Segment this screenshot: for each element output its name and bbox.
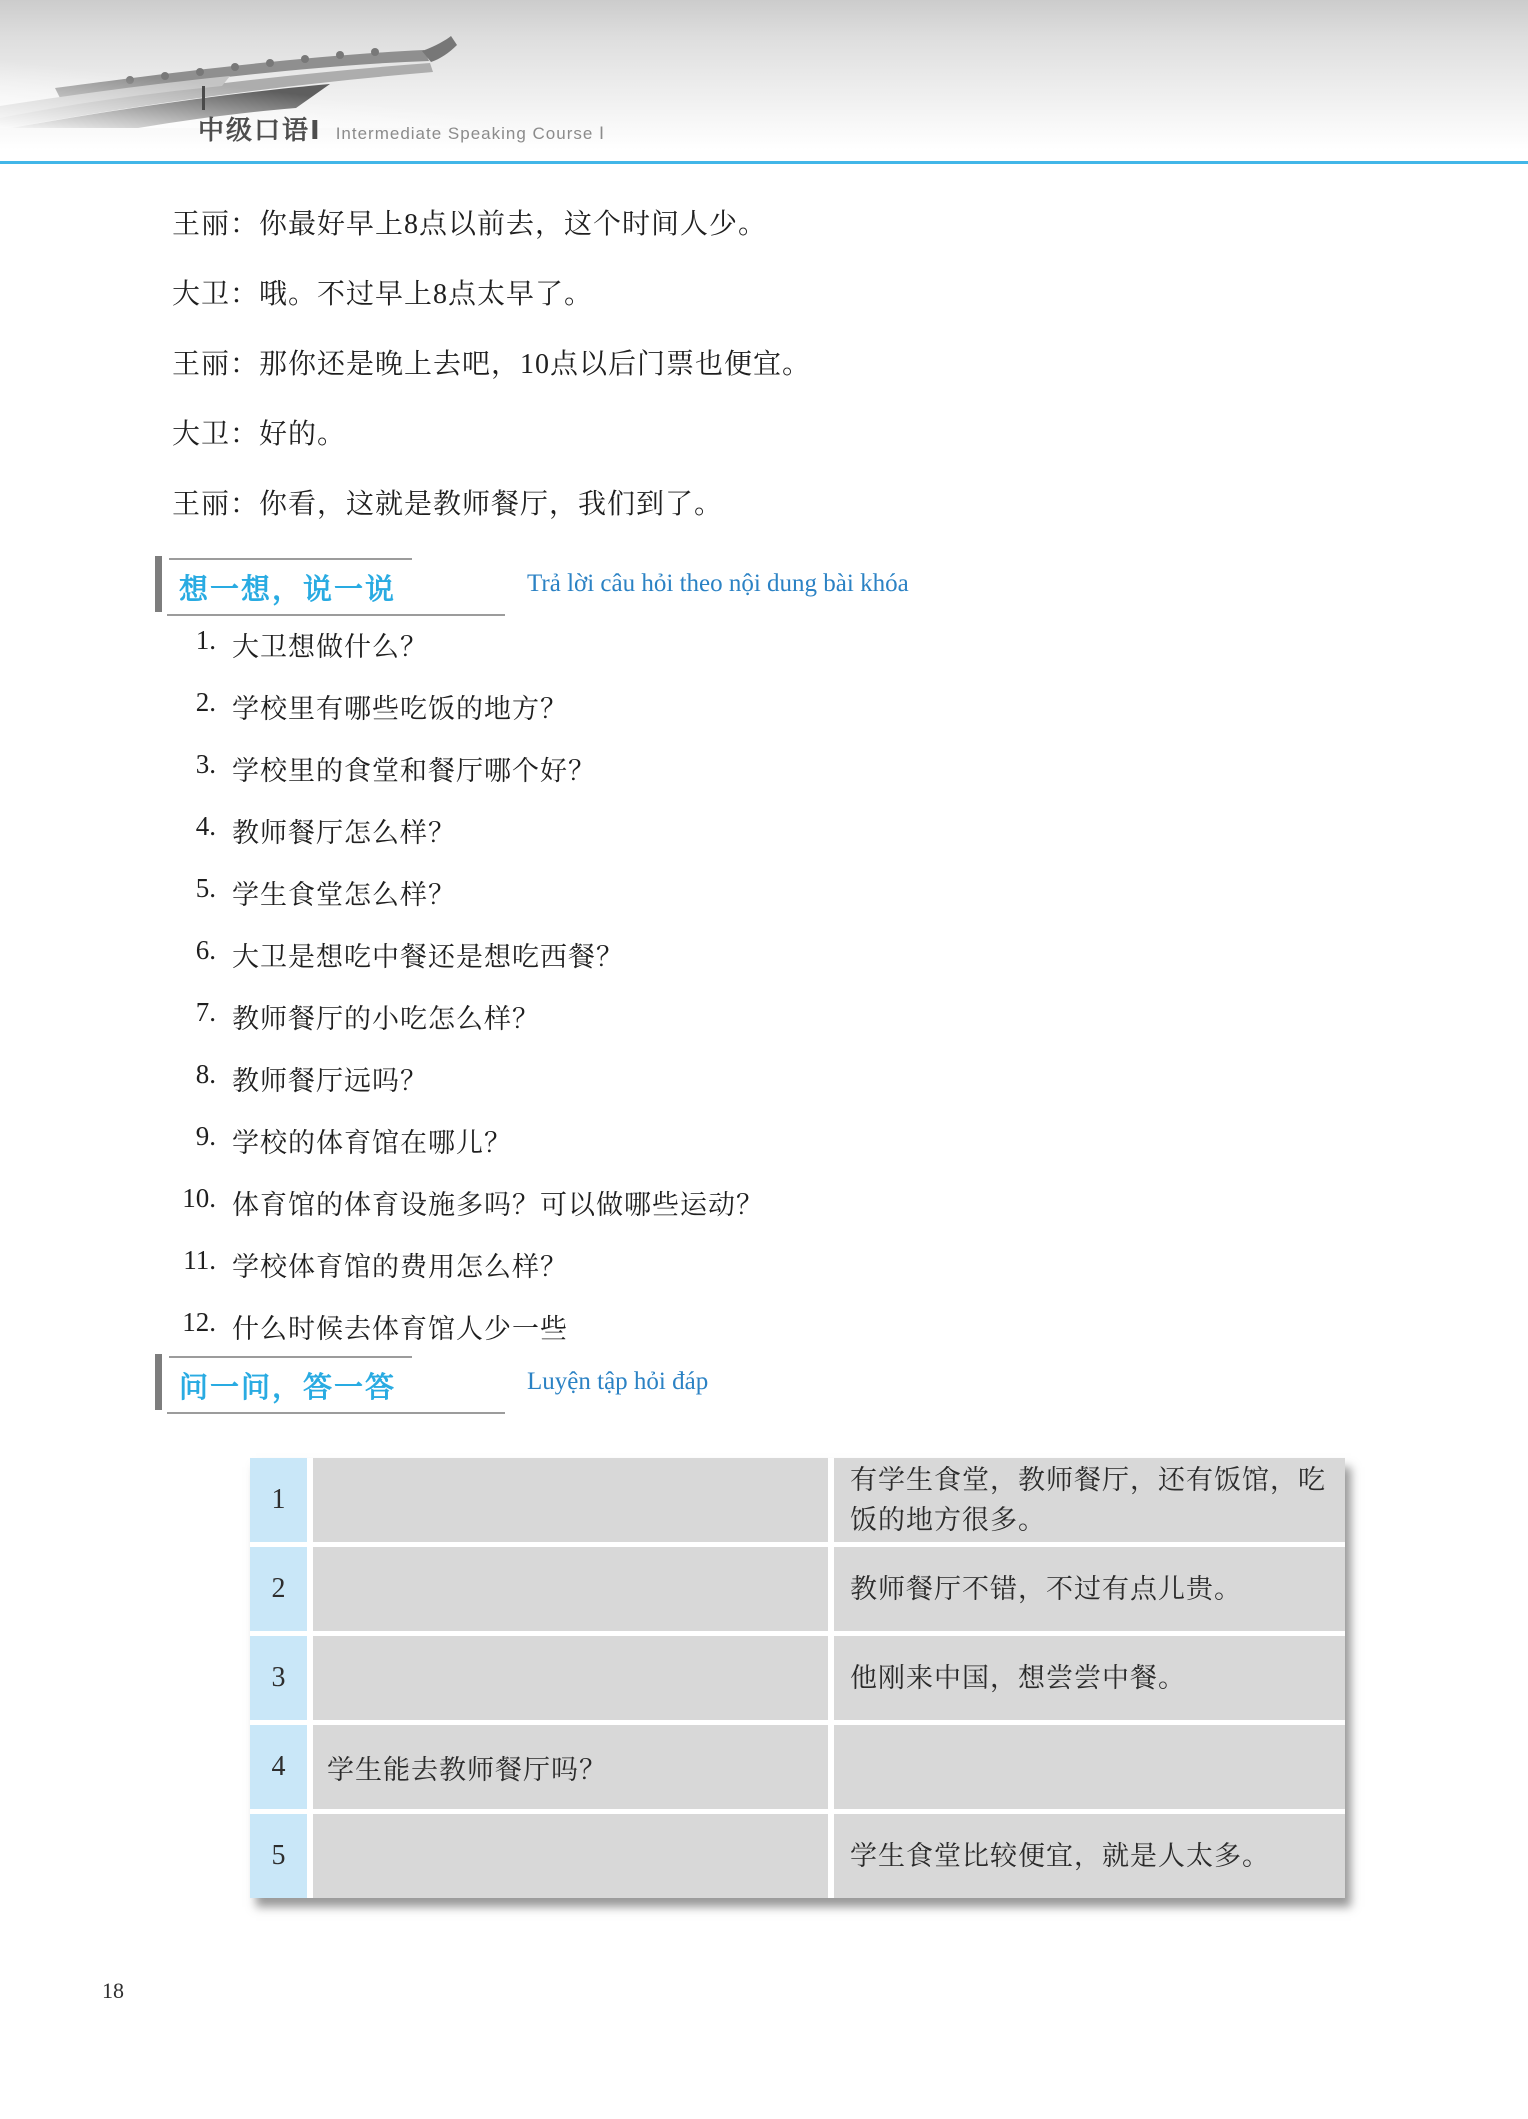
row-number-cell: 2 [250,1547,307,1631]
question-cell: 学生能去教师餐厅吗？ [313,1725,828,1809]
list-item-text: 体育馆的体育设施多吗？可以做哪些运动？ [232,1183,764,1222]
dialogue-line: 王丽：你看，这就是教师餐厅，我们到了。 [172,482,1382,522]
list-item-number: 1. [150,625,216,656]
row-number-cell: 4 [250,1725,307,1809]
heading-bar [155,556,162,612]
dialogue-line: 王丽：那你还是晚上去吧，10点以后门票也便宜。 [172,342,1382,382]
list-item: 3.学校里的食堂和餐厅哪个好？ [0,749,1300,789]
section-subtitle-vietnamese: Trả lời câu hỏi theo nội dung bài khóa [527,570,909,598]
list-item-number: 6. [150,935,216,966]
dialogue-line: 大卫：好的。 [172,412,1382,452]
table-row: 5 学生食堂比较便宜，就是人太多。 [250,1814,1345,1898]
list-item: 5.学生食堂怎么样？ [0,873,1300,913]
table-row: 4 学生能去教师餐厅吗？ [250,1725,1345,1809]
list-item: 8.教师餐厅远吗？ [0,1059,1300,1099]
page-number: 18 [102,1978,124,2004]
heading-box: 问一问，答一答 [169,1356,412,1412]
section-heading-think-and-speak: 想一想，说一说 Trả lời câu hỏi theo nội dung bà… [155,554,1055,616]
dialogue-line: 王丽：你最好早上8点以前去，这个时间人少。 [172,202,1382,242]
book-title-english: Intermediate Speaking Course Ⅰ [336,124,605,143]
section-title-chinese: 想一想，说一说 [179,574,396,606]
list-item-number: 4. [150,811,216,842]
qa-table: 1 有学生食堂，教师餐厅，还有饭馆，吃饭的地方很多。 2 教师餐厅不错，不过有点… [250,1458,1345,1898]
dialogue-line: 大卫：哦。不过早上8点太早了。 [172,272,1382,312]
list-item-text: 学生食堂怎么样？ [232,873,456,912]
list-item: 10.体育馆的体育设施多吗？可以做哪些运动？ [0,1183,1300,1223]
list-item-number: 2. [150,687,216,718]
list-item-text: 学校里的食堂和餐厅哪个好？ [232,749,596,788]
list-item-number: 7. [150,997,216,1028]
answer-cell [834,1725,1345,1809]
question-cell [313,1636,828,1720]
list-item-number: 3. [150,749,216,780]
heading-bar [155,1354,162,1410]
answer-cell: 有学生食堂，教师餐厅，还有饭馆，吃饭的地方很多。 [834,1458,1345,1542]
list-item-text: 大卫想做什么？ [232,625,428,664]
answer-cell: 他刚来中国，想尝尝中餐。 [834,1636,1345,1720]
list-item-number: 12. [150,1307,216,1338]
table-row: 2 教师餐厅不错，不过有点儿贵。 [250,1547,1345,1631]
list-item-text: 大卫是想吃中餐还是想吃西餐？ [232,935,624,974]
list-item: 2.学校里有哪些吃饭的地方？ [0,687,1300,727]
question-cell [313,1547,828,1631]
page-title: 中级口语ⅠIntermediate Speaking Course Ⅰ [198,110,605,147]
answer-cell: 学生食堂比较便宜，就是人太多。 [834,1814,1345,1898]
list-item-text: 学校体育馆的费用怎么样？ [232,1245,568,1284]
question-cell [313,1458,828,1542]
row-number-cell: 1 [250,1458,307,1542]
list-item-text: 教师餐厅远吗？ [232,1059,428,1098]
list-item: 4.教师餐厅怎么样？ [0,811,1300,851]
list-item-text: 教师餐厅的小吃怎么样？ [232,997,540,1036]
table-row: 1 有学生食堂，教师餐厅，还有饭馆，吃饭的地方很多。 [250,1458,1345,1542]
list-item-text: 什么时候去体育馆人少一些 [232,1307,568,1346]
list-item: 11.学校体育馆的费用怎么样？ [0,1245,1300,1285]
question-cell [313,1814,828,1898]
list-item-number: 11. [150,1245,216,1276]
header-accent-rule [0,161,1528,164]
section-subtitle-vietnamese: Luyện tập hỏi đáp [527,1368,708,1396]
list-item-number: 9. [150,1121,216,1152]
list-item-text: 学校的体育馆在哪儿？ [232,1121,512,1160]
list-item: 6.大卫是想吃中餐还是想吃西餐？ [0,935,1300,975]
heading-underline [167,1412,505,1414]
list-item: 1.大卫想做什么？ [0,625,1300,665]
section-heading-ask-and-answer: 问一问，答一答 Luyện tập hỏi đáp [155,1352,1055,1414]
table-row: 3 他刚来中国，想尝尝中餐。 [250,1636,1345,1720]
list-item-number: 8. [150,1059,216,1090]
list-item-text: 教师餐厅怎么样？ [232,811,456,850]
list-item: 9.学校的体育馆在哪儿？ [0,1121,1300,1161]
list-item-text: 学校里有哪些吃饭的地方？ [232,687,568,726]
heading-underline [167,614,505,616]
row-number-cell: 5 [250,1814,307,1898]
list-item: 7.教师餐厅的小吃怎么样？ [0,997,1300,1037]
list-item-number: 10. [150,1183,216,1214]
row-number-cell: 3 [250,1636,307,1720]
section-title-chinese: 问一问，答一答 [179,1372,396,1404]
answer-cell: 教师餐厅不错，不过有点儿贵。 [834,1547,1345,1631]
book-title-chinese: 中级口语Ⅰ [198,115,322,145]
header-tick-mark [202,86,205,110]
list-item: 12.什么时候去体育馆人少一些 [0,1307,1300,1347]
heading-box: 想一想，说一说 [169,558,412,614]
list-item-number: 5. [150,873,216,904]
